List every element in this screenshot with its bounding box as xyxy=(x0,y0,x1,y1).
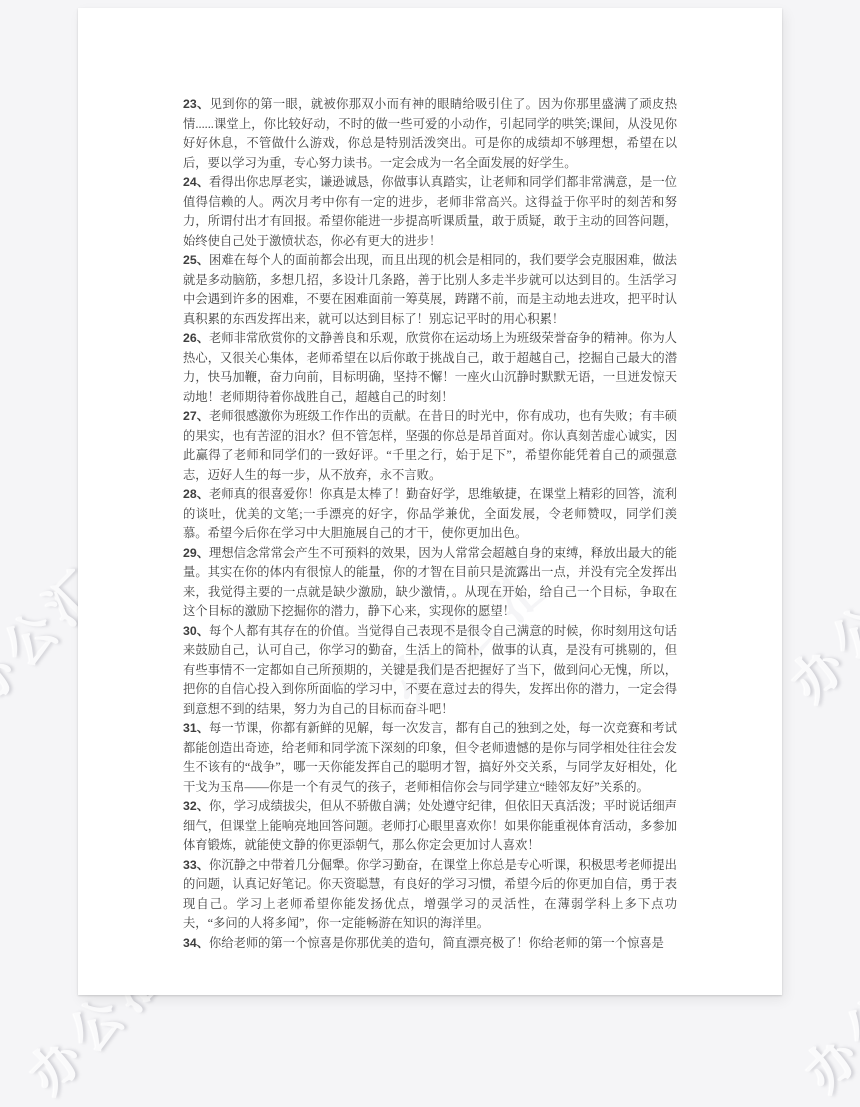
comment-paragraph-26: 26、老师非常欣赏你的文静善良和乐观，欣赏你在运动场上为班级荣誉奋争的精神。你为… xyxy=(183,329,677,407)
paragraph-text: 每个人都有其存在的价值。当觉得自己表现不是很令自己满意的时候，你时刻用这句话来鼓… xyxy=(183,624,677,716)
comment-paragraph-27: 27、老师很感激你为班级工作作出的贡献。在昔日的时光中，你有成功，也有失败；有丰… xyxy=(183,407,677,485)
paragraph-text: 老师真的很喜爱你！你真是太棒了！勤奋好学，思维敏捷，在课堂上精彩的回答，流利的谈… xyxy=(183,487,677,540)
paragraph-text: 每一节课，你都有新鲜的见解，每一次发言，都有自己的独到之处，每一次竞赛和考试都能… xyxy=(183,721,677,794)
page-content: 23、见到你的第一眼，就被你那双小而有神的眼睛给吸引住了。因为你那里盛满了顽皮热… xyxy=(183,95,677,953)
comment-paragraph-34: 34、你给老师的第一个惊喜是你那优美的造句，简直漂亮极了！你给老师的第一个惊喜是 xyxy=(183,934,677,954)
paragraph-text: 老师非常欣赏你的文静善良和乐观，欣赏你在运动场上为班级荣誉奋争的精神。你为人热心… xyxy=(183,331,677,404)
paragraph-number: 32、 xyxy=(183,799,209,813)
comment-paragraph-28: 28、老师真的很喜爱你！你真是太棒了！勤奋好学，思维敏捷，在课堂上精彩的回答，流… xyxy=(183,485,677,544)
paragraph-text: 你沉静之中带着几分倔犟。你学习勤奋，在课堂上你总是专心听课，积极思考老师提出的问… xyxy=(183,858,677,931)
paragraph-number: 29、 xyxy=(183,546,209,560)
comment-paragraph-30: 30、每个人都有其存在的价值。当觉得自己表现不是很令自己满意的时候，你时刻用这句… xyxy=(183,622,677,720)
comment-paragraph-24: 24、看得出你忠厚老实，谦逊诚恳，你做事认真踏实，让老师和同学们都非常满意，是一… xyxy=(183,173,677,251)
comment-paragraph-31: 31、每一节课，你都有新鲜的见解，每一次发言，都有自己的独到之处，每一次竞赛和考… xyxy=(183,719,677,797)
comment-paragraph-29: 29、理想信念常常会产生不可预料的效果，因为人常常会超越自身的束缚，释放出最大的… xyxy=(183,544,677,622)
comment-paragraph-33: 33、你沉静之中带着几分倔犟。你学习勤奋，在课堂上你总是专心听课，积极思考老师提… xyxy=(183,856,677,934)
paragraph-text: 困难在每个人的面前都会出现，而且出现的机会是相同的，我们要学会克服困难，做法就是… xyxy=(183,253,677,326)
paragraph-text: 你给老师的第一个惊喜是你那优美的造句，简直漂亮极了！你给老师的第一个惊喜是 xyxy=(209,936,664,950)
paragraph-number: 23、 xyxy=(183,97,210,111)
paragraph-number: 33、 xyxy=(183,858,209,872)
paragraph-text: 你，学习成绩拔尖，但从不骄傲自满；处处遵守纪律，但依旧天真活泼；平时说话细声细气… xyxy=(183,799,677,852)
document-page: 办公汇 23、见到你的第一眼，就被你那双小而有神的眼睛给吸引住了。因为你那里盛满… xyxy=(78,8,782,995)
paragraph-number: 27、 xyxy=(183,409,209,423)
paragraph-number: 30、 xyxy=(183,624,209,638)
comment-paragraph-25: 25、困难在每个人的面前都会出现，而且出现的机会是相同的，我们要学会克服困难，做… xyxy=(183,251,677,329)
paragraph-number: 31、 xyxy=(183,721,209,735)
paragraph-text: 理想信念常常会产生不可预料的效果，因为人常常会超越自身的束缚，释放出最大的能量。… xyxy=(183,546,677,619)
comment-paragraph-23: 23、见到你的第一眼，就被你那双小而有神的眼睛给吸引住了。因为你那里盛满了顽皮热… xyxy=(183,95,677,173)
document-viewer: 办公汇 办公汇 办公汇 办公汇 办公汇 23、见到你的第一眼，就被你那双小而有神… xyxy=(0,0,860,1019)
paragraph-number: 28、 xyxy=(183,487,209,501)
comment-paragraph-32: 32、你，学习成绩拔尖，但从不骄傲自满；处处遵守纪律，但依旧天真活泼；平时说话细… xyxy=(183,797,677,856)
paragraph-text: 老师很感激你为班级工作作出的贡献。在昔日的时光中，你有成功，也有失败；有丰硕的果… xyxy=(183,409,677,482)
paragraph-number: 26、 xyxy=(183,331,209,345)
paragraph-text: 看得出你忠厚老实，谦逊诚恳，你做事认真踏实，让老师和同学们都非常满意，是一位值得… xyxy=(183,175,677,248)
paragraph-number: 25、 xyxy=(183,253,209,267)
paragraph-text: 见到你的第一眼，就被你那双小而有神的眼睛给吸引住了。因为你那里盛满了顽皮热情..… xyxy=(183,97,677,170)
paragraph-number: 34、 xyxy=(183,936,209,950)
watermark-bottom-right: 办公汇 xyxy=(786,931,860,1019)
paragraph-number: 24、 xyxy=(183,175,209,189)
watermark-right: 办公汇 xyxy=(772,541,860,715)
